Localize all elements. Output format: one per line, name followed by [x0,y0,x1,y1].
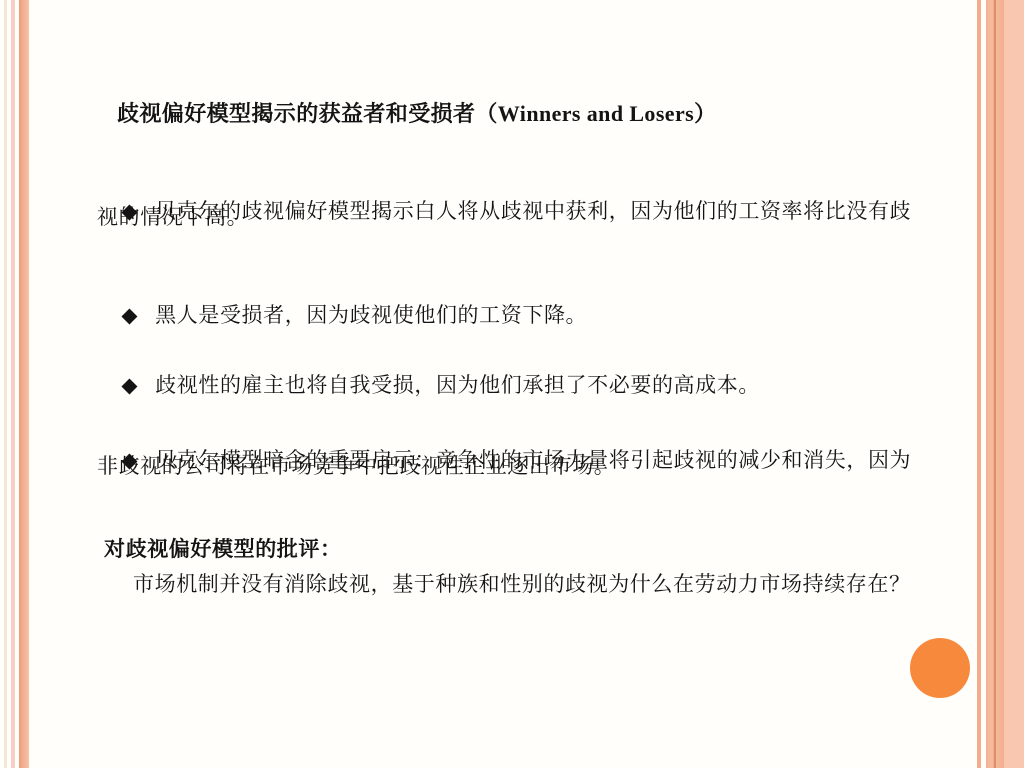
left-edge-cream-stripe [4,0,7,768]
slide-canvas: 歧视偏好模型揭示的获益者和受损者（Winners and Losers） ◆贝克… [0,0,1024,768]
diamond-bullet-icon: ◆ [121,372,138,398]
bullet-text-continuation: 非歧视的公司将在市场竞争中把歧视性企业逐出市场。 [97,453,615,479]
right-edge-salmon-band [986,0,1024,768]
bullet-text-continuation: 视的情况下高。 [97,204,248,230]
bullet-text: 歧视性的雇主也将自我受损，因为他们承担了不必要的高成本。 [155,373,760,397]
left-edge-salmon-band [19,0,29,768]
bullet-item: ◆黑人是受损者，因为歧视使他们的工资下降。 [98,276,587,354]
bullet-item: ◆歧视性的雇主也将自我受损，因为他们承担了不必要的高成本。 [98,346,760,424]
critique-question: 市场机制并没有消除歧视，基于种族和性别的歧视为什么在劳动力市场持续存在？ [133,571,911,597]
right-edge-salmon-stripe [977,0,981,768]
bullet-text: 贝克尔的歧视偏好模型揭示白人将从歧视中获利，因为他们的工资率将比没有歧 [155,199,911,223]
diamond-bullet-icon: ◆ [121,302,138,328]
slide-title: 歧视偏好模型揭示的获益者和受损者（Winners and Losers） [117,101,716,127]
accent-circle [910,638,970,698]
bullet-text: 黑人是受损者，因为歧视使他们的工资下降。 [155,303,587,327]
left-edge-pink-stripe [11,0,15,768]
critique-heading: 对歧视偏好模型的批评： [104,536,342,562]
